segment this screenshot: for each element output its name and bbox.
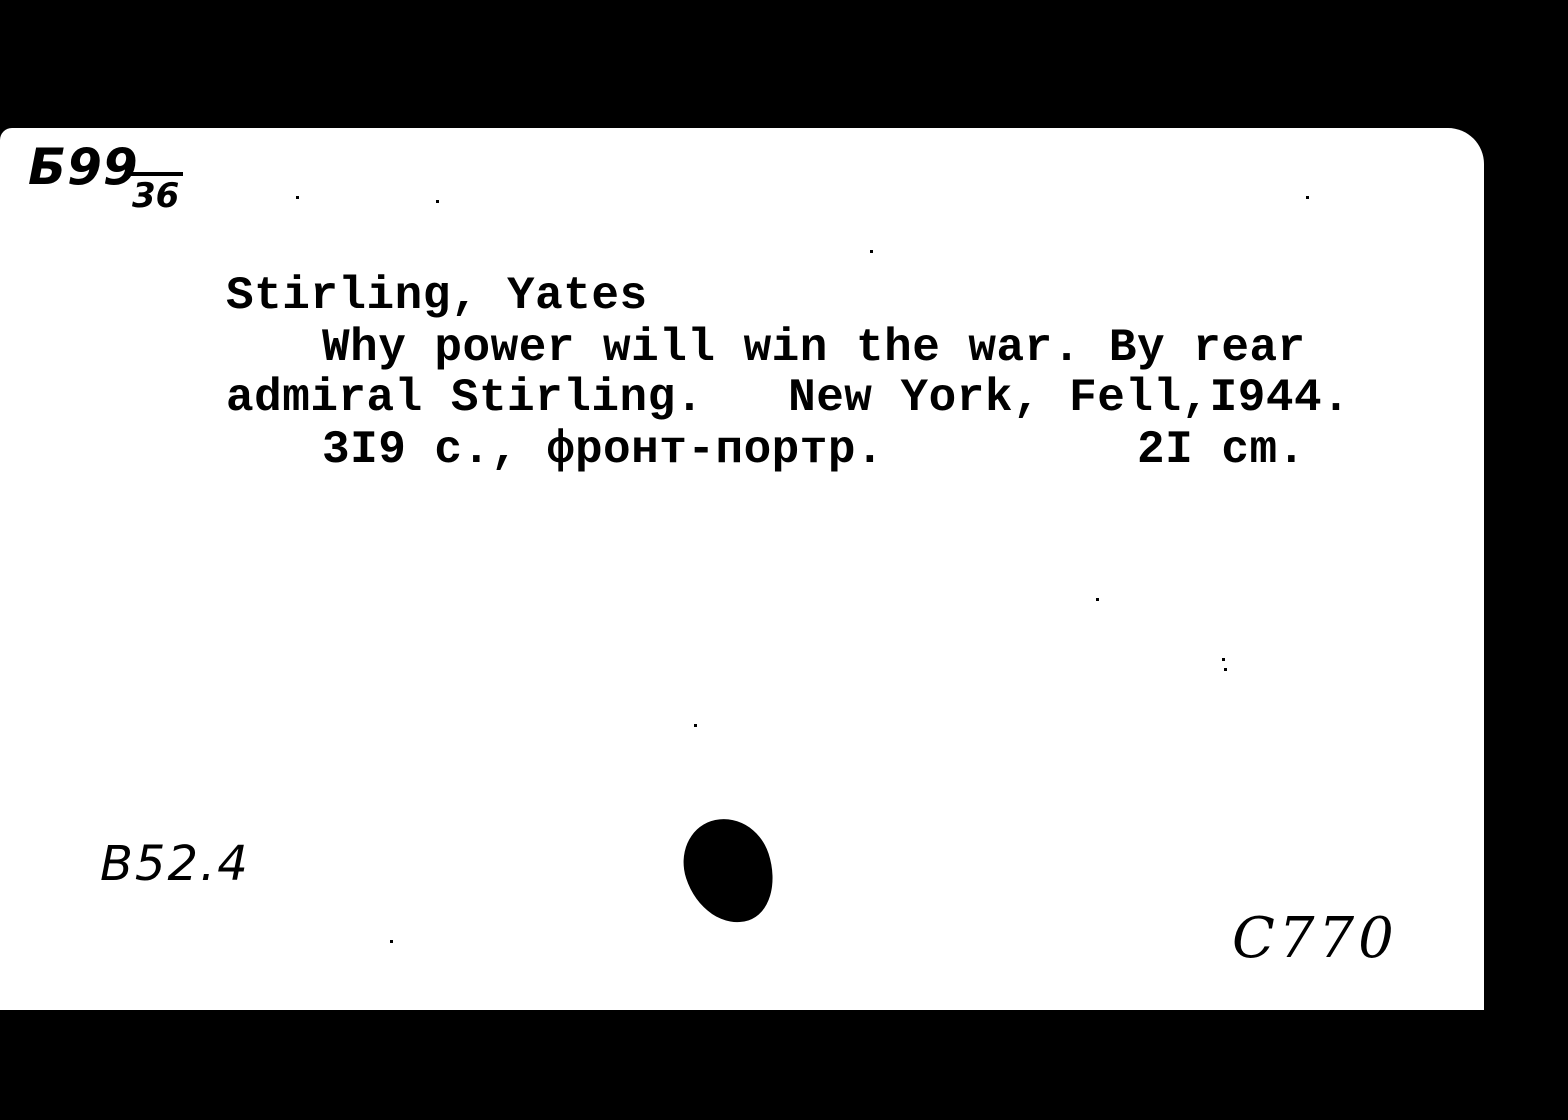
speck [870, 250, 873, 253]
speck [1306, 196, 1309, 199]
inventory-mark: C770 [1232, 906, 1398, 971]
author-heading: Stirling, Yates [226, 270, 648, 322]
shelfmark-sub: 36 [128, 172, 183, 216]
title-line-2: admiral Stirling. New York, Fell,I944. [226, 372, 1350, 424]
speck [436, 200, 439, 203]
classification-code: B52.4 [100, 836, 250, 892]
speck [694, 724, 697, 727]
speck [1222, 658, 1225, 661]
speck [296, 196, 299, 199]
punch-hole [672, 807, 787, 934]
shelfmark-main: Б99 [28, 138, 139, 196]
speck [390, 940, 393, 943]
speck [1224, 668, 1227, 671]
title-line-1: Why power will win the war. By rear [322, 322, 1306, 374]
catalog-card: Б99 36 Stirling, Yates Why power will wi… [0, 128, 1484, 1010]
physical-description: 3I9 c., фронт-портр. 2I cm. [322, 424, 1306, 476]
speck [1096, 598, 1099, 601]
